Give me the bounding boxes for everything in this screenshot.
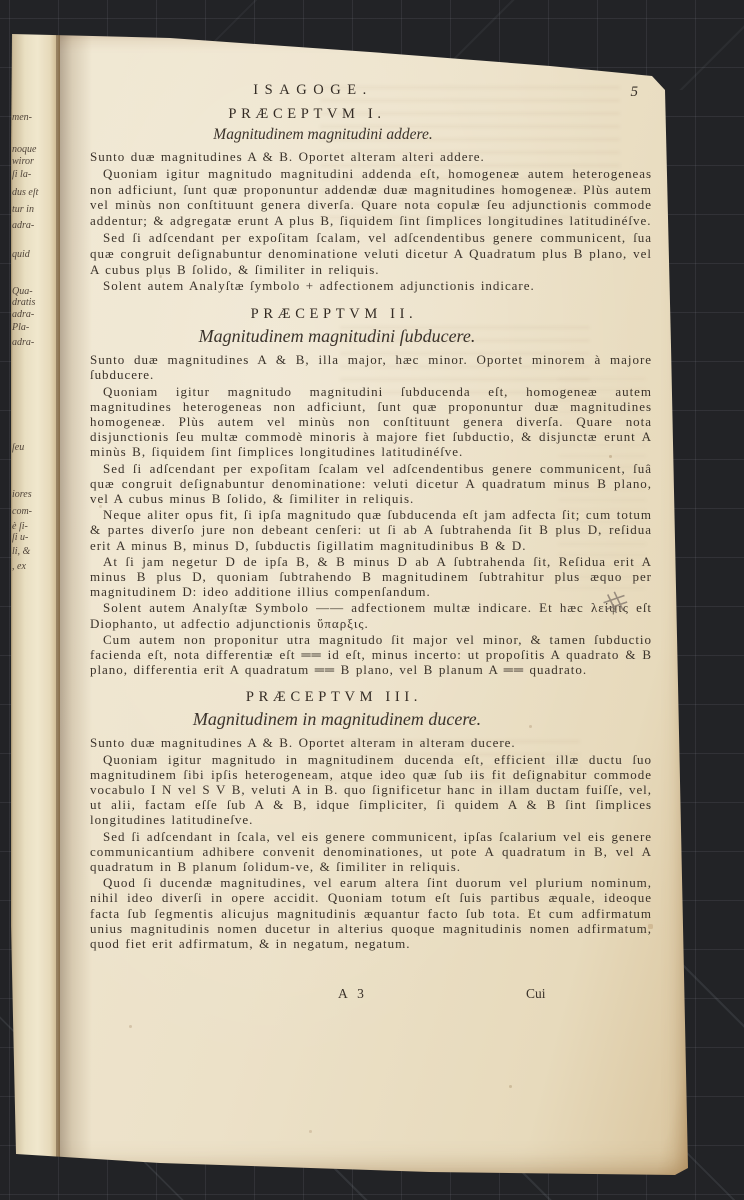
margin-fragment: com-	[12, 507, 54, 517]
paragraph: Sed ſi adſcendant per expoſitam ſcalam, …	[90, 230, 652, 277]
section-heading: PRÆCEPTVM II.	[90, 306, 652, 323]
footer-row: A 3 Cui	[90, 986, 652, 1004]
page-number: 5	[631, 84, 639, 101]
gutter-shadow	[56, 26, 92, 1178]
facing-page-edge: men- noque wiror ſi la- dus eſt tur in a…	[10, 26, 60, 1178]
paragraph: Quoniam igitur magnitudo magnitudini add…	[90, 166, 652, 229]
running-head: ISAGOGE.	[90, 82, 536, 99]
header-row: ISAGOGE. 5	[90, 82, 652, 102]
signature-mark: A 3	[338, 986, 367, 1002]
section-title: Magnitudinem in magnitudinem ducere.	[90, 709, 652, 730]
catchword: Cui	[526, 986, 546, 1002]
margin-fragment: wiror	[12, 157, 54, 167]
section-heading: PRÆCEPTVM III.	[90, 689, 652, 706]
precept-1: PRÆCEPTVM I. Magnitudinem magnitudini ad…	[90, 102, 652, 295]
pencil-hash-mark-icon	[600, 590, 630, 616]
margin-fragment: Pla-	[12, 323, 54, 333]
book-page-scan: ISAGOGE. 5 PRÆCEPTVM I. Magnitudinem mag…	[10, 26, 694, 1178]
paragraph: Solent autem Analyſtæ Symbolo —— adfecti…	[90, 600, 652, 630]
margin-fragment: , ex	[12, 562, 54, 572]
paragraph: Sed ſi adſcendant in ſcala, vel eis gene…	[90, 829, 652, 875]
margin-fragment: quid	[12, 250, 54, 260]
margin-fragment: tur in	[12, 205, 54, 215]
paragraph: Sunto duæ magnitudines A & B, illa major…	[90, 352, 652, 382]
paragraph: Sed ſi adſcendant per expoſitam ſcalam v…	[90, 461, 652, 507]
section-heading: PRÆCEPTVM I.	[90, 106, 652, 123]
margin-fragment: adra-	[12, 338, 54, 348]
margin-fragment: è ſi-	[12, 522, 54, 532]
paragraph: At ſi jam negetur D de ipſa B, & B minus…	[90, 554, 652, 600]
margin-fragment: iores	[12, 490, 54, 500]
paragraph: Solent autem Analyſtæ ſymbolo + adfectio…	[90, 278, 652, 294]
margin-fragment: Qua-	[12, 287, 54, 297]
margin-fragment: adra-	[12, 221, 54, 231]
margin-fragment: ſi la-	[12, 170, 54, 180]
section-title: Magnitudinem magnitudini ſubducere.	[90, 326, 652, 347]
paragraph: Cum autem non proponitur utra magnitudo …	[90, 632, 652, 678]
margin-fragment: ſi u-	[12, 533, 54, 543]
paragraph: Quod ſi ducendæ magnitudines, vel earum …	[90, 875, 652, 951]
paragraph: Quoniam igitur magnitudo magnitudini ſub…	[90, 384, 652, 460]
precept-2: PRÆCEPTVM II. Magnitudinem magnitudini ſ…	[90, 295, 652, 678]
margin-fragment: noque	[12, 145, 54, 155]
text-column: ISAGOGE. 5 PRÆCEPTVM I. Magnitudinem mag…	[90, 82, 652, 1004]
margin-fragment: dratis	[12, 298, 54, 308]
margin-fragment: adra-	[12, 310, 54, 320]
page-surface: ISAGOGE. 5 PRÆCEPTVM I. Magnitudinem mag…	[10, 26, 694, 1178]
paragraph: Sunto duæ magnitudines A & B. Oportet al…	[90, 735, 652, 750]
paragraph: Sunto duæ magnitudines A & B. Oportet al…	[90, 149, 652, 165]
paragraph: Neque aliter opus fit, ſi ipſa magnitudo…	[90, 507, 652, 553]
section-title: Magnitudinem magnitudini addere.	[90, 126, 652, 144]
margin-fragment: li, &	[12, 547, 54, 557]
margin-fragment: ſeu	[12, 443, 54, 453]
margin-fragment: dus eſt	[12, 188, 54, 198]
precept-3: PRÆCEPTVM III. Magnitudinem in magnitudi…	[90, 678, 652, 952]
paragraph: Quoniam igitur magnitudo in magnitudinem…	[90, 752, 652, 828]
margin-fragment: men-	[12, 113, 54, 123]
